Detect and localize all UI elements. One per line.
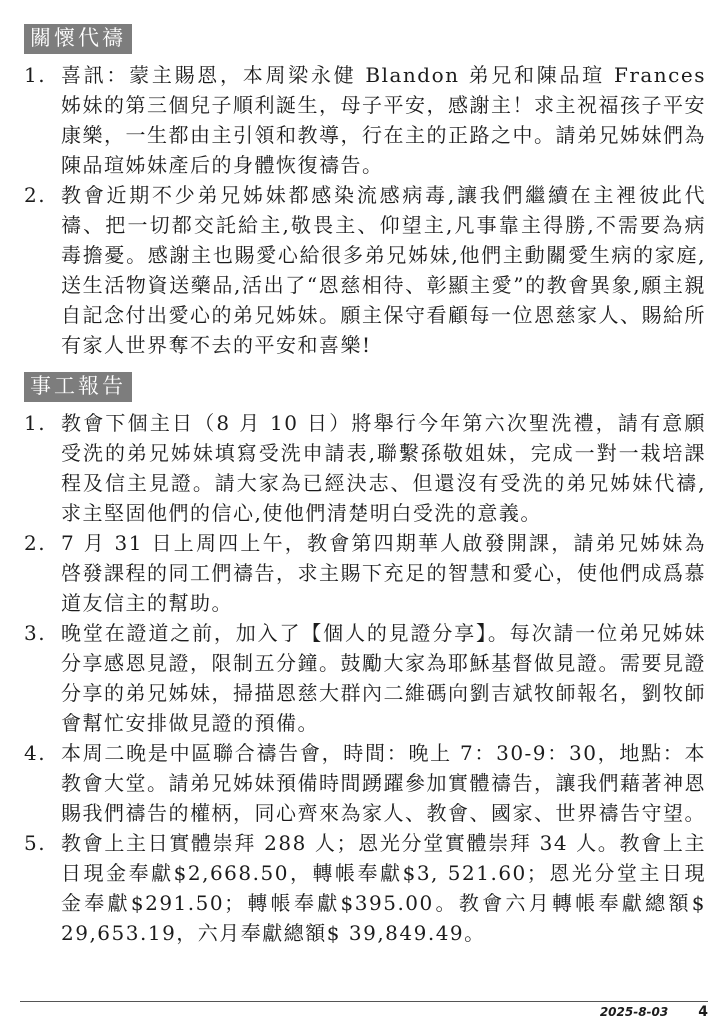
footer-date: 2025-8-03 — [600, 1005, 668, 1019]
section-care-prayer: 關懷代禱 1. 喜訊：蒙主賜恩，本周梁永健 Blandon 弟兄和陳品瑄 Fra… — [24, 24, 706, 360]
section-ministry-report: 事工報告 1. 教會下個主日（8 月 10 日）將舉行今年第六次聖洗禮，請有意願… — [24, 372, 706, 948]
list-item-number: 2. — [24, 528, 61, 618]
list-item: 4. 本周二晚是中區聯合禱告會，時間：晚上 7：30-9：30，地點：本教會大堂… — [24, 738, 706, 828]
page-number: 4 — [698, 1004, 708, 1020]
list-item-text: 晚堂在證道之前，加入了【個人的見證分享】。每次請一位弟兄姊妹分享感恩見證，限制五… — [61, 618, 706, 738]
list-item: 2. 7 月 31 日上周四上午，教會第四期華人啟發開課，請弟兄姊妹為啓發課程的… — [24, 528, 706, 618]
list-item-text: 教會上主日實體崇拜 288 人；恩光分堂實體崇拜 34 人。教會上主日現金奉獻$… — [61, 828, 706, 948]
list-item: 2. 教會近期不少弟兄姊妹都感染流感病毒,讓我們繼續在主裡彼此代禱、把一切都交託… — [24, 180, 706, 360]
section-title-ministry-report: 事工報告 — [24, 372, 132, 402]
list-item-number: 5. — [24, 828, 61, 948]
list-item-text: 教會下個主日（8 月 10 日）將舉行今年第六次聖洗禮，請有意願受洗的弟兄姊妹填… — [61, 408, 706, 528]
section-title-care-prayer: 關懷代禱 — [24, 24, 132, 54]
list-item-number: 3. — [24, 618, 61, 738]
list-item-text: 喜訊：蒙主賜恩，本周梁永健 Blandon 弟兄和陳品瑄 Frances 姊妹的… — [61, 60, 706, 180]
list-item-number: 1. — [24, 408, 61, 528]
list-item: 5. 教會上主日實體崇拜 288 人；恩光分堂實體崇拜 34 人。教會上主日現金… — [24, 828, 706, 948]
list-item-text: 教會近期不少弟兄姊妹都感染流感病毒,讓我們繼續在主裡彼此代禱、把一切都交託給主,… — [61, 180, 706, 360]
list-item-text: 7 月 31 日上周四上午，教會第四期華人啟發開課，請弟兄姊妹為啓發課程的同工們… — [61, 528, 706, 618]
page-footer: 2025-8-03 4 — [20, 1001, 708, 1020]
list-item: 3. 晚堂在證道之前，加入了【個人的見證分享】。每次請一位弟兄姊妹分享感恩見證，… — [24, 618, 706, 738]
list-item-number: 2. — [24, 180, 61, 360]
bulletin-page: 關懷代禱 1. 喜訊：蒙主賜恩，本周梁永健 Blandon 弟兄和陳品瑄 Fra… — [0, 0, 724, 1024]
list-item-number: 1. — [24, 60, 61, 180]
list-item-text: 本周二晚是中區聯合禱告會，時間：晚上 7：30-9：30，地點：本教會大堂。請弟… — [61, 738, 706, 828]
list-item: 1. 教會下個主日（8 月 10 日）將舉行今年第六次聖洗禮，請有意願受洗的弟兄… — [24, 408, 706, 528]
list-item: 1. 喜訊：蒙主賜恩，本周梁永健 Blandon 弟兄和陳品瑄 Frances … — [24, 60, 706, 180]
list-item-number: 4. — [24, 738, 61, 828]
